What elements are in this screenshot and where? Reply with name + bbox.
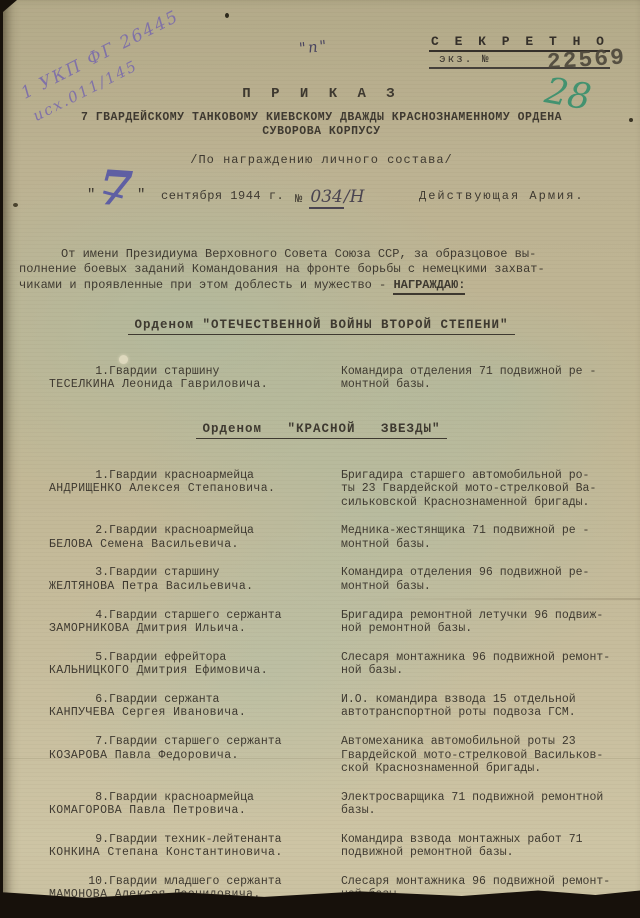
award-word: НАГРАЖДАЮ: [393,278,465,295]
order-number-suffix: /Н [344,187,365,207]
award-entry: 10.Гвардии младшего сержанта МАМОНОВА Ал… [19,875,624,902]
entry-rank: Гвардии сержанта [109,693,219,706]
award-entry: 5.Гвардии ефрейтора КАЛЬНИЦКОГО Дмитрия … [19,651,624,678]
award-entry: 4.Гвардии старшего сержанта ЗАМОРНИКОВА … [19,609,624,636]
entry-name: БЕЛОВА Семена Васильевича. [19,538,339,552]
order-number: № 034/Н [295,187,364,207]
entry-name: КАНПУЧЕВА Сергея Ивановича. [19,706,339,720]
entry-position: Командира отделения 96 подвижной ре- мон… [339,566,624,593]
entry-recipient: 1.Гвардии старшину ТЕСЕЛКИНА Леонида Гав… [19,365,339,392]
entry-name: ЖЕЛТЯНОВА Петра Васильевича. [19,580,339,594]
entry-number: 3. [83,566,109,580]
dateline: " 7 " сентября 1944 г. № 034/Н Действующ… [19,175,624,227]
entry-number: 7. [83,735,109,749]
award-entry: 9.Гвардии техник-лейтенанта КОНКИНА Степ… [19,833,624,860]
entry-number: 8. [83,791,109,805]
entry-number: 4. [83,609,109,623]
entry-position: Слесаря монтажника 96 подвижной ремонт- … [339,651,624,678]
award-entry: 2.Гвардии красноармейца БЕЛОВА Семена Ва… [19,524,624,551]
entry-name: КОЗАРОВА Павла Федоровича. [19,749,339,763]
order-number-main: 034 [309,187,343,209]
entry-number: 5. [83,651,109,665]
entry-position: Командира взвода монтажных работ 71 подв… [339,833,624,860]
handwritten-order-number: 034/Н [309,187,364,209]
handwritten-day: 7 [97,164,134,214]
preamble-line1: От имени Президиума Верховного Совета Со… [19,247,624,263]
entry-rank: Гвардии красноармейца [109,469,254,482]
month-year: сентября 1944 г. [161,189,284,203]
entry-rank: Гвардии старшину [109,566,219,579]
preamble-line2: полнение боевых заданий Командования на … [19,262,624,278]
entry-position: Медника-жестянщика 71 подвижной ре - мон… [339,524,624,551]
entry-position: Автомеханика автомобильной роты 23 Гвард… [339,735,624,776]
entry-rank: Гвардии старшего сержанта [109,609,282,622]
order-title: П Р И К А З [19,0,624,102]
entry-number: 10. [83,875,109,889]
number-sign: № [295,192,302,206]
entry-rank: Гвардии ефрейтора [109,651,226,664]
entry-rank: Гвардии красноармейца [109,524,254,537]
award-entry: 3.Гвардии старшину ЖЕЛТЯНОВА Петра Васил… [19,566,624,593]
unit-line1: 7 ГВАРДЕЙСКОМУ ТАНКОВОМУ КИЕВСКОМУ ДВАЖД… [19,111,624,125]
entry-name: МАМОНОВА Алексея Леонидовича. [19,888,339,902]
entry-name: КОНКИНА Степана Константиновича. [19,846,339,860]
award-entry: 7.Гвардии старшего сержанта КОЗАРОВА Пав… [19,735,624,776]
entry-name: ЗАМОРНИКОВА Дмитрия Ильича. [19,622,339,636]
entry-position: Электросварщика 71 подвижной ремонтной б… [339,791,624,818]
entry-number: 1. [83,365,109,379]
award-entry: 1.Гвардии старшину ТЕСЕЛКИНА Леонида Гав… [19,365,624,392]
entry-name: КАЛЬНИЦКОГО Дмитрия Ефимовича. [19,664,339,678]
entry-name: ТЕСЕЛКИНА Леонида Гавриловича. [19,378,339,392]
entry-number: 2. [83,524,109,538]
section-heading-patriotic-war: Орденом "ОТЕЧЕСТВЕННОЙ ВОЙНЫ ВТОРОЙ СТЕП… [19,318,624,335]
entry-position: Бригадира старшего автомобильной ро- ты … [339,469,624,510]
award-entry: 6.Гвардии сержанта КАНПУЧЕВА Сергея Иван… [19,693,624,720]
unit-line2: СУВОРОВА КОРПУСУ [19,125,624,139]
scan-corner-shadow [3,0,17,12]
scanned-order-page: С Е К Р Е Т Н О экз. № 22569 28 "п" 1 УК… [0,0,640,918]
entry-name: КОМАГОРОВА Павла Петровича. [19,804,339,818]
entry-position: И.О. командира взвода 15 отдельной автот… [339,693,624,720]
section-heading-red-star: Орденом "КРАСНОЙ ЗВЕЗДЫ" [19,422,624,439]
entry-rank: Гвардии красноармейца [109,791,254,804]
entry-rank: Гвардии младшего сержанта [109,875,282,888]
entry-position: Бригадира ремонтной летучки 96 подвиж- н… [339,609,624,636]
day-open-quote: " [87,187,95,203]
entry-number: 1. [83,469,109,483]
entry-number: 6. [83,693,109,707]
preamble-line3: чиками и проявленные при этом доблесть и… [19,278,624,294]
entry-position: Слесаря монтажника 96 подвижной ремонт- … [339,875,624,902]
preamble-line3-text: чиками и проявленные при этом доблесть и… [19,278,393,292]
document-body: П Р И К А З 7 ГВАРДЕЙСКОМУ ТАНКОВОМУ КИЕ… [3,0,640,918]
entry-rank: Гвардии старшего сержанта [109,735,282,748]
award-entry: 8.Гвардии красноармейца КОМАГОРОВА Павла… [19,791,624,818]
entry-number: 9. [83,833,109,847]
entry-rank: Гвардии старшину [109,365,219,378]
day-close-quote: " [137,187,145,203]
award-entry: 1.Гвардии красноармейца АНДРИЩЕНКО Алекс… [19,469,624,510]
entry-name: АНДРИЩЕНКО Алексея Степановича. [19,482,339,496]
army-note: Действующая Армия. [419,189,585,203]
paper-sheet: С Е К Р Е Т Н О экз. № 22569 28 "п" 1 УК… [3,0,640,918]
entry-position: Командира отделения 71 подвижной ре - мо… [339,365,624,392]
unit-designation: 7 ГВАРДЕЙСКОМУ ТАНКОВОМУ КИЕВСКОМУ ДВАЖД… [19,111,624,140]
red-star-entries: 1.Гвардии красноармейца АНДРИЩЕНКО Алекс… [19,469,624,902]
preamble: От имени Президиума Верховного Совета Со… [19,247,624,294]
entry-rank: Гвардии техник-лейтенанта [109,833,282,846]
